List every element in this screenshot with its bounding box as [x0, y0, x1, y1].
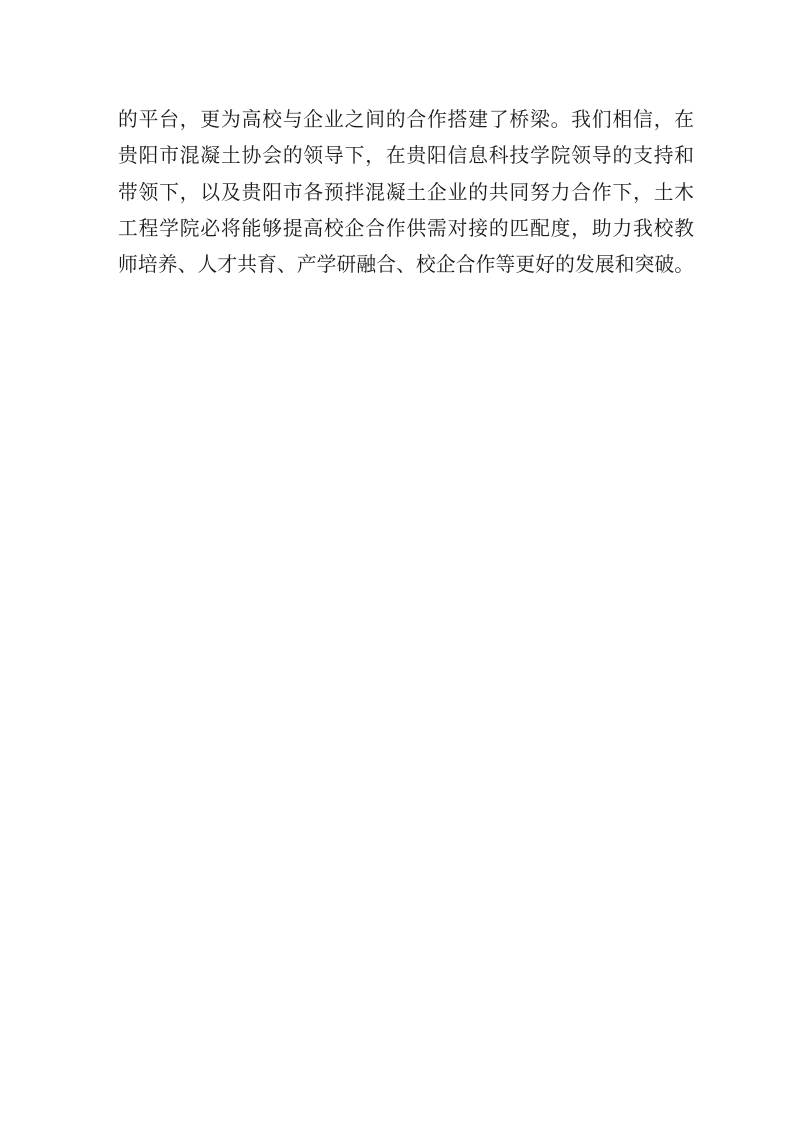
document-page: 的平台，更为高校与企业之间的合作搭建了桥梁。我们相信，在 贵阳市混凝土协会的领导… [0, 0, 793, 1122]
paragraph-line: 工程学院必将能够提高校企合作供需对接的匹配度，助力我校教 [118, 211, 694, 247]
paragraph-line: 带领下，以及贵阳市各预拌混凝土企业的共同努力合作下，土木 [118, 175, 694, 211]
body-paragraph: 的平台，更为高校与企业之间的合作搭建了桥梁。我们相信，在 贵阳市混凝土协会的领导… [118, 102, 694, 283]
paragraph-line: 贵阳市混凝土协会的领导下，在贵阳信息科技学院领导的支持和 [118, 138, 694, 174]
paragraph-line: 的平台，更为高校与企业之间的合作搭建了桥梁。我们相信，在 [118, 102, 694, 138]
paragraph-line: 师培养、人才共育、产学研融合、校企合作等更好的发展和突破。 [118, 247, 694, 283]
